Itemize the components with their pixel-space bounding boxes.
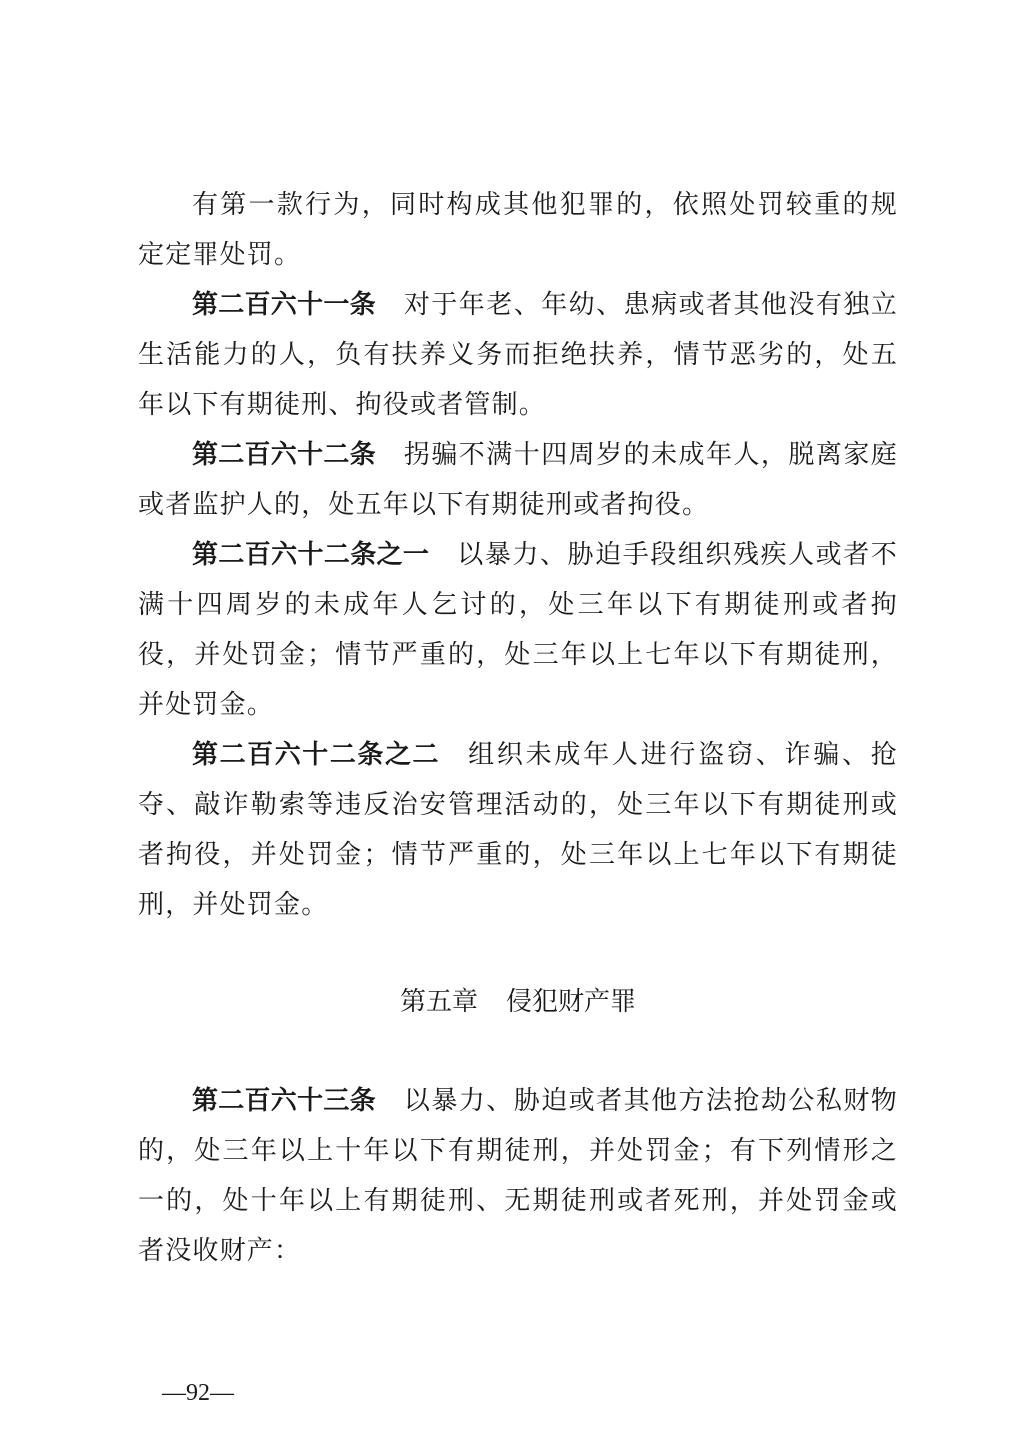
article-262-1: 第二百六十二条之一以暴力、胁迫手段组织残疾人或者不满十四周岁的未成年人乞讨的，处… <box>138 530 898 730</box>
article-261: 第二百六十一条对于年老、年幼、患病或者其他没有独立生活能力的人，负有扶养义务而拒… <box>138 280 898 430</box>
article-title: 第二百六十二条 <box>192 440 376 470</box>
page-number: —92— <box>162 1380 234 1407</box>
article-262-2: 第二百六十二条之二组织未成年人进行盗窃、诈骗、抢夺、敲诈勒索等违反治安管理活动的… <box>138 730 898 930</box>
article-263: 第二百六十三条以暴力、胁迫或者其他方法抢劫公私财物的，处三年以上十年以下有期徒刑… <box>138 1076 898 1276</box>
chapter-heading: 第五章侵犯财产罪 <box>138 977 898 1027</box>
article-title: 第二百六十二条之二 <box>192 740 440 770</box>
chapter-number: 第五章 <box>400 987 478 1017</box>
paragraph-continuation: 有第一款行为，同时构成其他犯罪的，依照处罚较重的规定定罪处罚。 <box>138 180 898 280</box>
article-title: 第二百六十一条 <box>192 290 376 320</box>
chapter-body: 第二百六十三条以暴力、胁迫或者其他方法抢劫公私财物的，处三年以上十年以下有期徒刑… <box>138 1076 898 1276</box>
document-body: 有第一款行为，同时构成其他犯罪的，依照处罚较重的规定定罪处罚。 第二百六十一条对… <box>138 180 898 930</box>
article-title: 第二百六十三条 <box>192 1086 376 1116</box>
article-title: 第二百六十二条之一 <box>192 540 429 570</box>
paragraph-text: 有第一款行为，同时构成其他犯罪的，依照处罚较重的规定定罪处罚。 <box>138 190 898 270</box>
chapter-name: 侵犯财产罪 <box>506 987 636 1017</box>
chapter-heading-block: 第五章侵犯财产罪 <box>138 977 898 1027</box>
article-262: 第二百六十二条拐骗不满十四周岁的未成年人，脱离家庭或者监护人的，处五年以下有期徒… <box>138 430 898 530</box>
